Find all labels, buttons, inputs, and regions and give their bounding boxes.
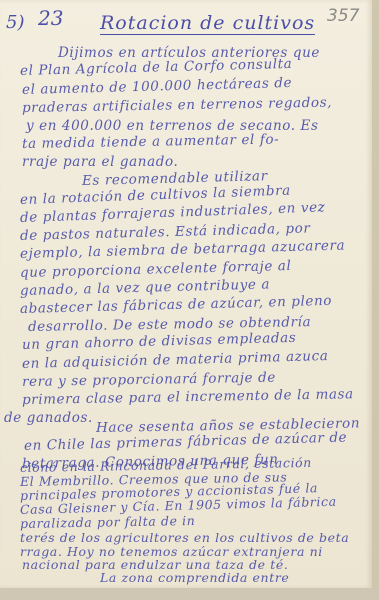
text-line: paralizada por falta de in [20, 513, 196, 531]
text-line: de ganados. [4, 410, 93, 426]
document-title: Rotacion de cultivos [100, 12, 315, 35]
text-line: rera y se proporcionará forraje de [22, 370, 276, 390]
page-number: 357 [327, 6, 359, 26]
manuscript-page: 5) 23 Rotacion de cultivos 357 Dijimos e… [0, 0, 372, 588]
article-number: 23 [38, 6, 63, 30]
text-line: terés de los agricultores en los cultivo… [20, 530, 349, 545]
section-marker: 5) [6, 12, 24, 33]
text-line: ta medida tiende a aumentar el fo- [22, 132, 280, 152]
text-line: rraje para el ganado. [22, 154, 178, 170]
text-line: en Chile las primeras fábricas de azúcar… [24, 430, 348, 454]
page-bottom-edge [0, 588, 379, 600]
text-line: primera clase para el incremento de la m… [22, 386, 354, 408]
page-edge [372, 0, 379, 600]
text-line: el aumento de 100.000 hectáreas de [22, 75, 292, 98]
text-line: La zona comprendida entre [100, 570, 289, 585]
text-line: praderas artificiales en terrenos regado… [22, 95, 332, 116]
